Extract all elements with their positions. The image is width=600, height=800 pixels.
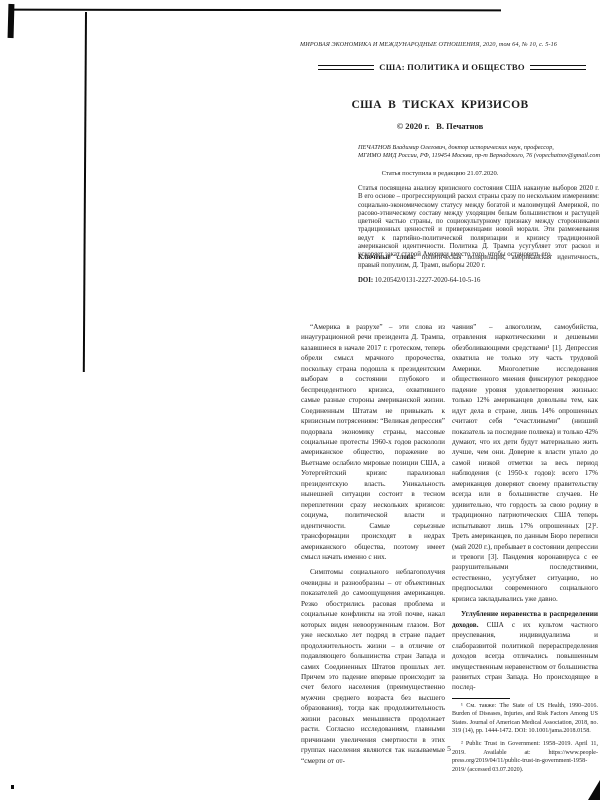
rubric-double-rule-right (530, 65, 586, 70)
affiliation-line-2: МГИМО МИД России, РФ, 119454 Москва, пр-… (358, 152, 600, 160)
article-title: США В ТИСКАХ КРИЗИСОВ (318, 99, 562, 111)
footnote-separator-rule (452, 698, 510, 699)
rubric-double-rule-left (318, 65, 374, 70)
doi-label: DOI: (358, 277, 373, 284)
received-date-line: Статья поступила в редакцию 21.07.2020. (318, 170, 562, 177)
doi-line: DOI: 10.20542/0131-2227-2020-64-10-5-16 (358, 277, 599, 284)
section-rubric-label: США: ПОЛИТИКА И ОБЩЕСТВО (374, 62, 529, 72)
page-number: 5 (300, 744, 598, 753)
journal-running-head: МИРОВАЯ ЭКОНОМИКА И МЕЖДУНАРОДНЫЕ ОТНОШЕ… (300, 41, 544, 48)
scan-artifact-bottom-left-speck (11, 785, 14, 789)
body-paragraph-text: США с их культом частного преуспевания, … (452, 621, 598, 692)
body-paragraph: Симптомы социального неблагополучия очев… (301, 567, 445, 766)
abstract-text: Статья посвящена анализу кризисного сост… (358, 185, 599, 260)
footnotes-block: ¹ См. также: The State of US Health, 199… (452, 698, 598, 774)
footnote-1: ¹ См. также: The State of US Health, 199… (452, 702, 598, 736)
keywords-block: Ключевые слова: политическая поляризация… (358, 254, 599, 271)
scan-artifact-top-edge-line (9, 9, 501, 12)
scan-artifact-left-edge-line (83, 12, 87, 372)
body-paragraph: “Америка в разрухе” – эти слова из инауг… (301, 322, 445, 562)
keywords-label: Ключевые слова: (358, 254, 416, 261)
copyright-author-line: © 2020 г. В. Печатнов (318, 121, 562, 131)
body-paragraph: чаяния” – алкоголизм, самоубийства, отра… (452, 322, 598, 604)
body-paragraph-with-runin-heading: Углубление неравенства в распределении д… (452, 609, 598, 693)
doi-value: 10.20542/0131-2227-2020-64-10-5-16 (373, 277, 480, 284)
body-column-left: “Америка в разрухе” – эти слова из инауг… (301, 322, 445, 771)
scanned-journal-page: МИРОВАЯ ЭКОНОМИКА И МЕЖДУНАРОДНЫЕ ОТНОШЕ… (0, 0, 600, 800)
author-affiliation: ПЕЧАТНОВ Владимир Олегович, доктор истор… (358, 144, 600, 161)
affiliation-line-1: ПЕЧАТНОВ Владимир Олегович, доктор истор… (358, 144, 600, 152)
section-rubric-bar: США: ПОЛИТИКА И ОБЩЕСТВО (318, 62, 586, 72)
scan-artifact-bottom-right-corner (588, 780, 600, 800)
body-column-right: чаяния” – алкоголизм, самоубийства, отра… (452, 322, 598, 763)
